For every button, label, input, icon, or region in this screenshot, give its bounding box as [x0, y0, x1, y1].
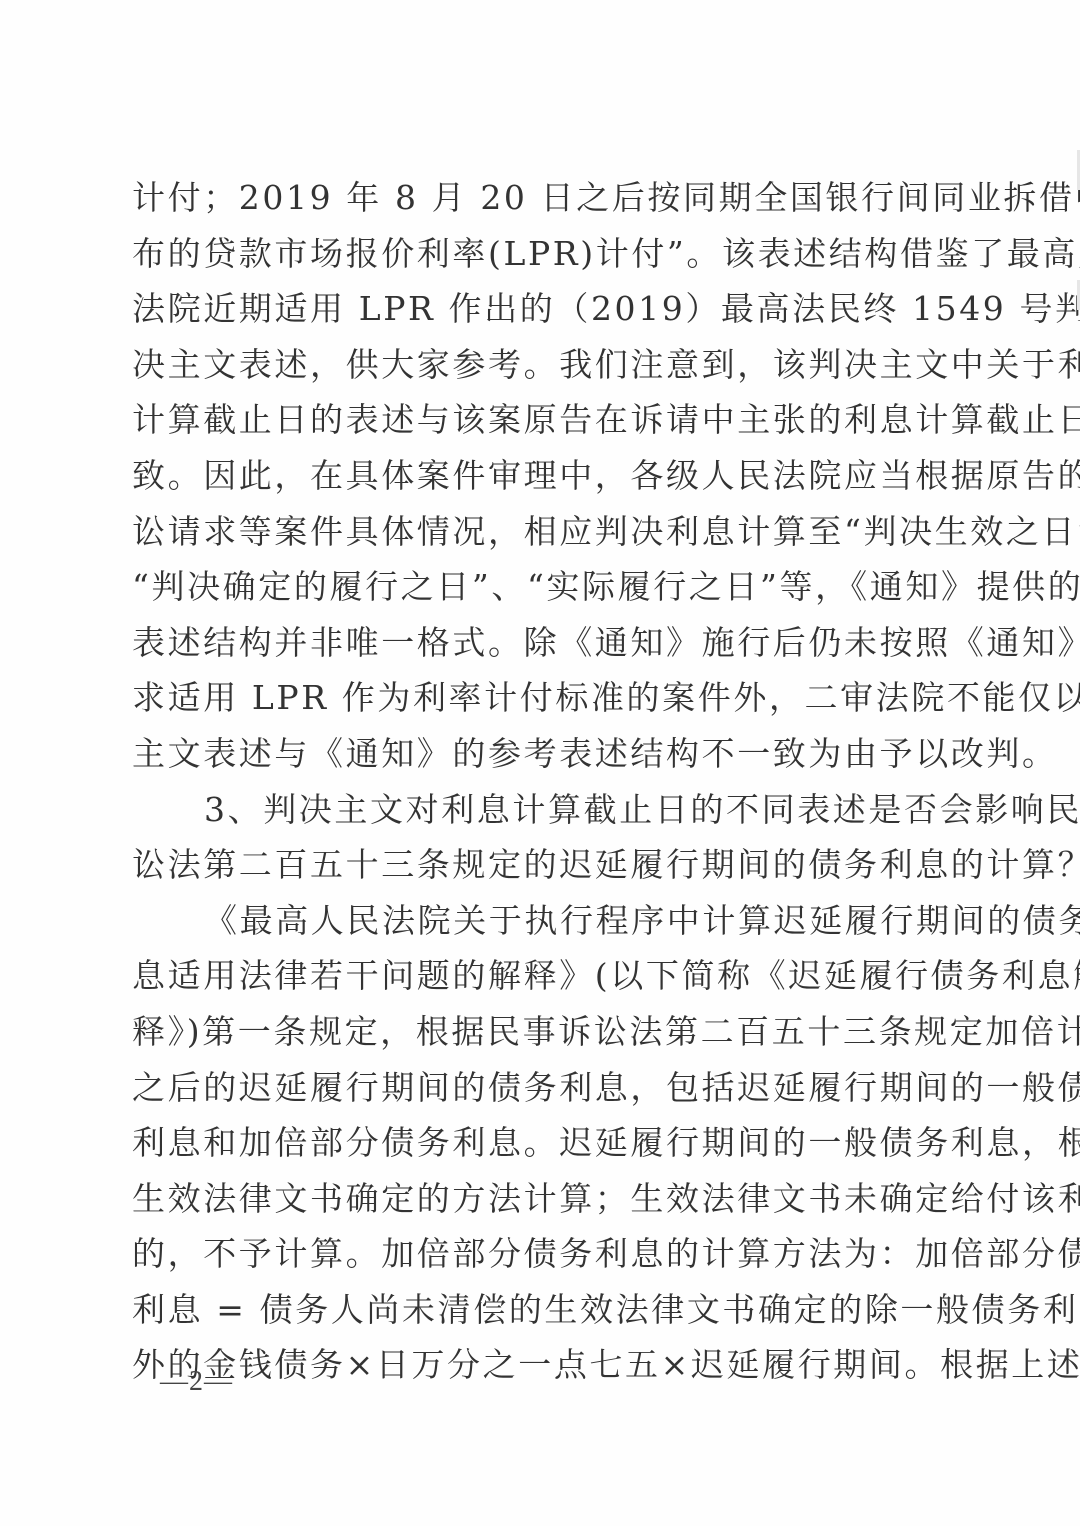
text-line: 释》)第一条规定，根据民事诉讼法第二百五十三条规定加倍计算	[132, 1004, 942, 1060]
text-line: 3、判决主文对利息计算截止日的不同表述是否会影响民事诉	[132, 782, 942, 838]
document-body: 计付；2019 年 8 月 20 日之后按同期全国银行间同业拆借中心公 布的贷款…	[132, 170, 942, 1393]
question-heading-3: 3、判决主文对利息计算截止日的不同表述是否会影响民事诉 讼法第二百五十三条规定的…	[132, 782, 942, 893]
text-line: 《最高人民法院关于执行程序中计算迟延履行期间的债务利	[132, 893, 942, 949]
page-number: —2—	[160, 1362, 233, 1402]
text-line: 致。因此，在具体案件审理中，各级人民法院应当根据原告的诉	[132, 448, 942, 504]
text-line: 之后的迟延履行期间的债务利息，包括迟延履行期间的一般债务	[132, 1060, 942, 1116]
text-line: 讼请求等案件具体情况，相应判决利息计算至“判决生效之日”、	[132, 504, 942, 560]
text-line: 计算截止日的表述与该案原告在诉请中主张的利息计算截止日一	[132, 392, 942, 448]
text-line: 法院近期适用 LPR 作出的（2019）最高法民终 1549 号判决的判	[132, 281, 942, 337]
document-page: 计付；2019 年 8 月 20 日之后按同期全国银行间同业拆借中心公 布的贷款…	[0, 0, 1080, 1526]
text-line: 表述结构并非唯一格式。除《通知》施行后仍未按照《通知》要	[132, 615, 942, 671]
text-line: 主文表述与《通知》的参考表述结构不一致为由予以改判。	[132, 726, 942, 782]
text-line: 外的金钱债务×日万分之一点七五×迟延履行期间。根据上述规定，	[132, 1337, 942, 1393]
text-line: 生效法律文书确定的方法计算；生效法律文书未确定给付该利息	[132, 1171, 942, 1227]
text-line: 利息和加倍部分债务利息。迟延履行期间的一般债务利息，根据	[132, 1115, 942, 1171]
paragraph-lpr-reference: 计付；2019 年 8 月 20 日之后按同期全国银行间同业拆借中心公 布的贷款…	[132, 170, 942, 782]
text-line: 决主文表述，供大家参考。我们注意到，该判决主文中关于利息	[132, 337, 942, 393]
text-line: 计付；2019 年 8 月 20 日之后按同期全国银行间同业拆借中心公	[132, 170, 942, 226]
text-line: 息适用法律若干问题的解释》(以下简称《迟延履行债务利息解	[132, 948, 942, 1004]
text-line: 求适用 LPR 作为利率计付标准的案件外，二审法院不能仅以判决	[132, 670, 942, 726]
text-line: 利息 = 债务人尚未清偿的生效法律文书确定的除一般债务利息之	[132, 1282, 942, 1338]
text-line: 布的贷款市场报价利率(LPR)计付”。该表述结构借鉴了最高人民	[132, 226, 942, 282]
text-line: 的，不予计算。加倍部分债务利息的计算方法为：加倍部分债务	[132, 1226, 942, 1282]
text-line: “判决确定的履行之日”、“实际履行之日”等，《通知》提供的参考	[132, 559, 942, 615]
paragraph-delayed-interest: 《最高人民法院关于执行程序中计算迟延履行期间的债务利 息适用法律若干问题的解释》…	[132, 893, 942, 1393]
text-line: 讼法第二百五十三条规定的迟延履行期间的债务利息的计算？	[132, 837, 942, 893]
